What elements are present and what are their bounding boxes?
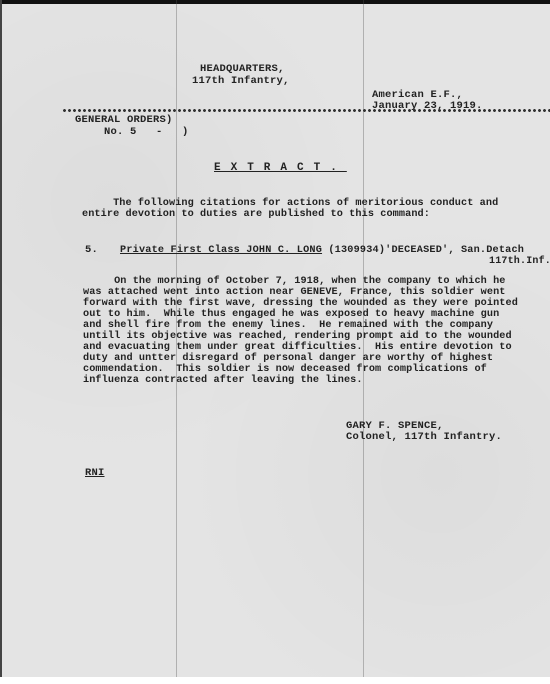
typist-initials: RNI — [85, 468, 105, 479]
citation-body-line: out to him. While thus engaged he was ex… — [83, 310, 499, 321]
citation-body-line: influenza contracted after leaving the l… — [83, 376, 363, 387]
extract-heading: EXTRACT. — [214, 163, 347, 174]
header-unit-line2: 117th Infantry, — [192, 76, 290, 87]
citation-serial-status: (1309934)'DECEASED', San.Detach — [322, 245, 524, 256]
document-page: HEADQUARTERS, 117th Infantry, American E… — [0, 0, 550, 677]
scan-top-edge — [0, 0, 550, 4]
header-unit-line1: HEADQUARTERS, — [200, 64, 285, 75]
citation-number: 5. — [85, 245, 98, 256]
citation-heading: Private First Class JOHN C. LONG (130993… — [120, 245, 524, 256]
citation-name: Private First Class JOHN C. LONG — [120, 245, 322, 256]
citation-body-line: commendation. This soldier is now deceas… — [83, 365, 487, 376]
general-orders-number: No. 5 - ) — [104, 127, 189, 138]
citation-body-line: forward with the first wave, dressing th… — [83, 299, 518, 310]
separator-line — [62, 108, 550, 113]
citation-body-line: On the morning of October 7, 1918, when … — [83, 277, 506, 288]
citation-body-line: duty and untter disregard of personal da… — [83, 354, 493, 365]
citation-body-line: was attached went into action near GENEV… — [83, 288, 506, 299]
general-orders-title: GENERAL ORDERS) — [75, 115, 173, 126]
intro-line1: The following citations for actions of m… — [82, 199, 498, 210]
citation-body-line: and shell fire from the enemy lines. He … — [83, 321, 493, 332]
citation-unit: 117th.Inf. — [489, 256, 550, 267]
intro-line2: entire devotion to duties are published … — [82, 210, 430, 221]
citation-body-line: and evacuating them under great difficul… — [83, 343, 512, 354]
citation-body-line: untill its objective was reached, render… — [83, 332, 512, 343]
signature-title: Colonel, 117th Infantry. — [346, 432, 502, 443]
scan-left-edge — [0, 0, 2, 677]
